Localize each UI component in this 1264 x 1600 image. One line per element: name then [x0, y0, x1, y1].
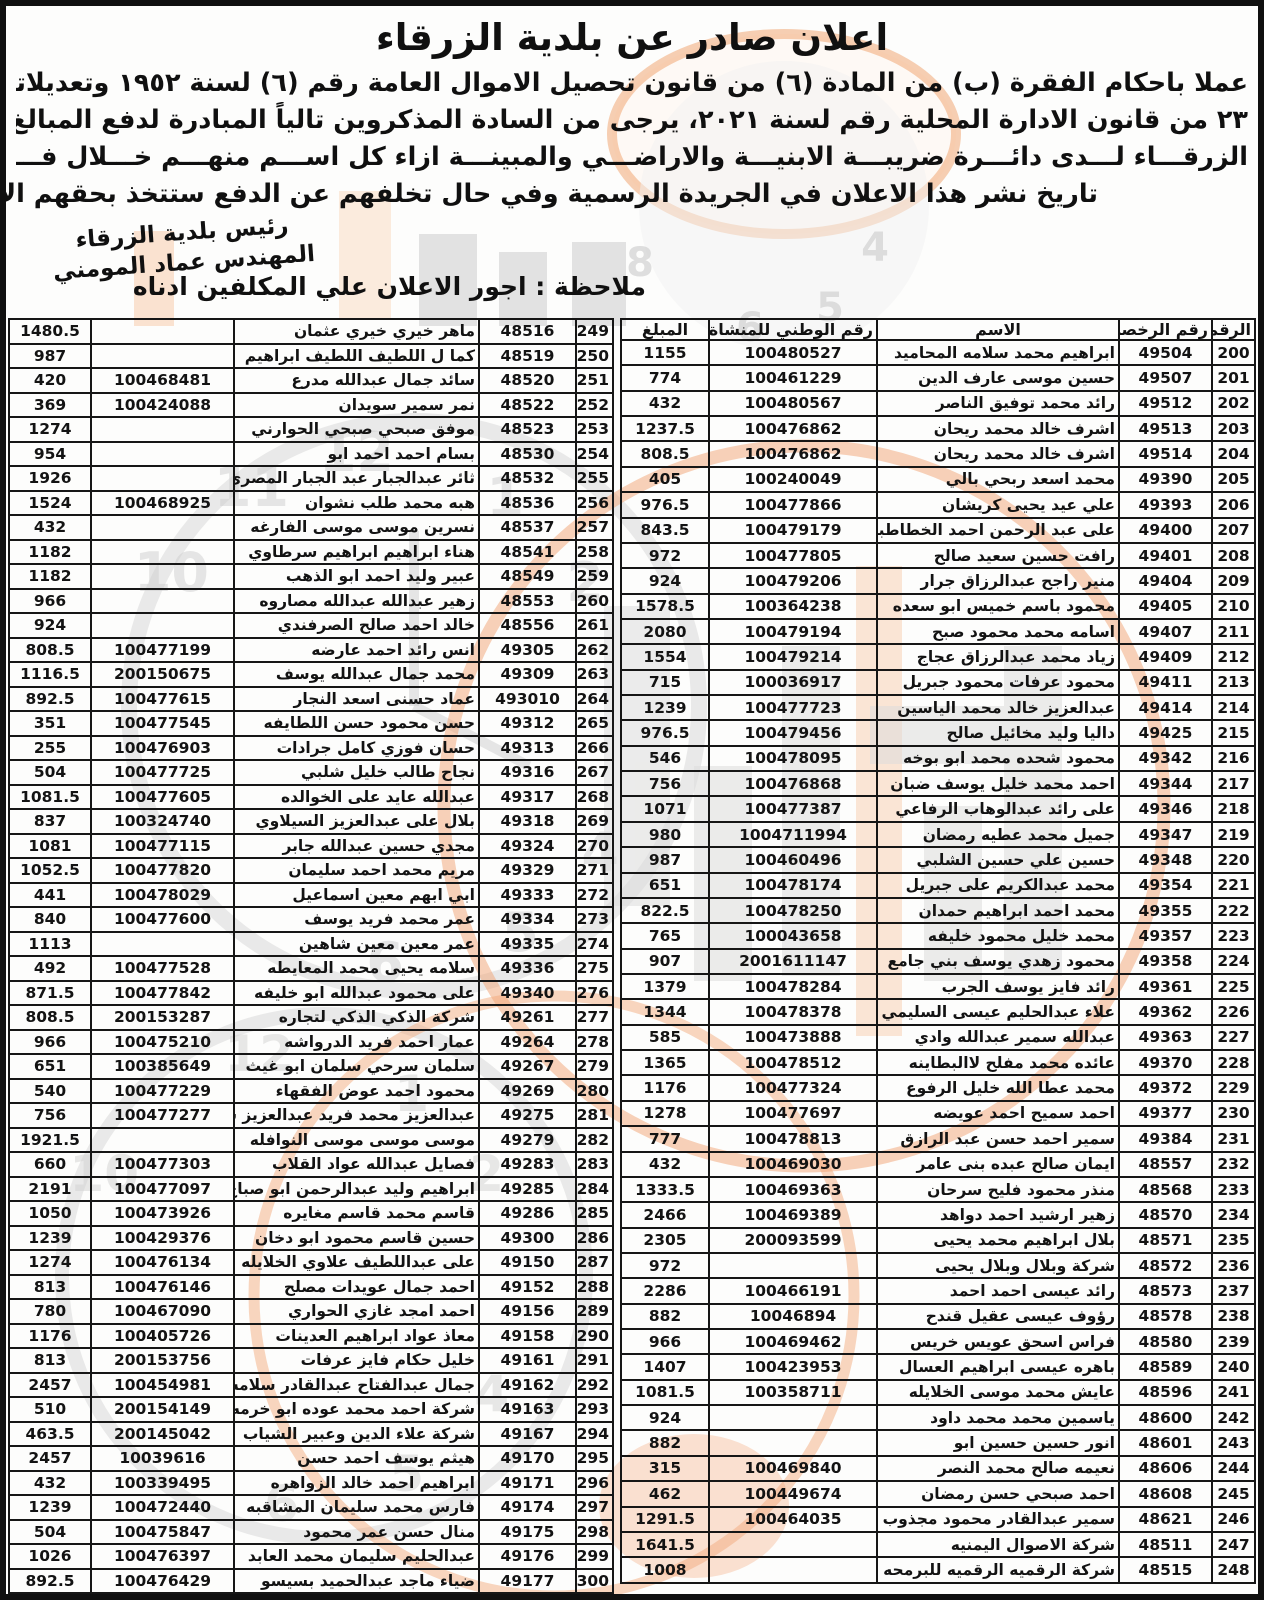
row-number: 270: [576, 834, 613, 859]
taxpayer-name: داليا وليد مخائيل صالح: [877, 720, 1119, 745]
national-facility-number: [91, 613, 234, 638]
row-number: 242: [1212, 1405, 1255, 1430]
amount: 777: [621, 1126, 709, 1151]
row-number: 207: [1212, 518, 1255, 543]
row-number: 229: [1212, 1075, 1255, 1100]
row-number: 272: [576, 883, 613, 908]
amount: 1116.5: [9, 662, 91, 687]
taxpayer-name: عايش محمد موسى الخلايله: [877, 1380, 1119, 1405]
row-number: 290: [576, 1324, 613, 1349]
taxpayer-name: مريم محمد احمد سليمان: [234, 858, 479, 883]
paragraph-line-2: ٢٣ من قانون الادارة المحلية رقم لسنة ٢٠٢…: [16, 102, 1248, 139]
license-number: 49286: [479, 1201, 576, 1226]
table-row: 21749344احمد محمد خليل يوسف ضبان10047686…: [621, 771, 1255, 796]
table-row: 25748537نسرين موسى موسى الفارغه432: [9, 515, 613, 540]
license-number: 49261: [479, 1005, 576, 1030]
license-number: 49150: [479, 1250, 576, 1275]
taxpayer-name: حسين علي حسين الشلبي: [877, 847, 1119, 872]
table-row: 26749316نجاح طالب خليل شلبي100477725504: [9, 760, 613, 785]
amount: 822.5: [621, 898, 709, 923]
table-row: 29549170هيثم يوسف احمد حسن100396162457: [9, 1446, 613, 1471]
table-row: 20249512رائد محمد توفيق الناصر1004805674…: [621, 391, 1255, 416]
license-number: 49313: [479, 736, 576, 761]
national-facility-number: 200093599: [709, 1228, 877, 1253]
row-number: 273: [576, 907, 613, 932]
taxpayer-name: سمير احمد حسن عبد الرازق: [877, 1126, 1119, 1151]
row-number: 253: [576, 417, 613, 442]
amount: 462: [621, 1481, 709, 1506]
license-number: 49411: [1119, 670, 1212, 695]
taxpayer-name: حسن محمود حسن اللطايفه: [234, 711, 479, 736]
national-facility-number: [91, 417, 234, 442]
national-facility-number: 100478250: [709, 898, 877, 923]
national-facility-number: 100464035: [709, 1507, 877, 1532]
table-row: 21949347جميل محمد عطيه رمضان100471199498…: [621, 822, 1255, 847]
taxpayer-name: قاسم محمد قاسم مغايره: [234, 1201, 479, 1226]
national-facility-number: 100405726: [91, 1324, 234, 1349]
national-facility-number: 100472440: [91, 1495, 234, 1520]
license-number: 49405: [1119, 594, 1212, 619]
taxpayer-name: عبدالحليم سليمان محمد العابد: [234, 1544, 479, 1569]
amount: 1554: [621, 644, 709, 669]
taxpayer-name: ابراهيم وليد عبدالرحمن ابو صباح: [234, 1177, 479, 1202]
amount: 1176: [9, 1324, 91, 1349]
license-number: 49335: [479, 932, 576, 957]
taxpayer-name: فارس محمد سليمان المشاقبه: [234, 1495, 479, 1520]
table-row: 24648621سمير عبدالقادر محمود مجذوب100464…: [621, 1507, 1255, 1532]
license-number: 48511: [1119, 1532, 1212, 1557]
right-table-header-row: الرقم رقم الرخصه الاسم رقم الوطني للمنشا…: [621, 319, 1255, 340]
national-facility-number: 100477277: [91, 1103, 234, 1128]
amount: 546: [621, 746, 709, 771]
license-number: 49361: [1119, 974, 1212, 999]
national-facility-number: 200150675: [91, 662, 234, 687]
table-row: 25548532ثائر عبدالجبار عبد الجبار المصري…: [9, 466, 613, 491]
row-number: 289: [576, 1299, 613, 1324]
row-number: 254: [576, 442, 613, 467]
amount: 1113: [9, 932, 91, 957]
table-row: 27449335عمر معين معين شاهين1113: [9, 932, 613, 957]
national-facility-number: [91, 589, 234, 614]
amount: 980: [621, 822, 709, 847]
table-row: 23848578رؤوف عيسى عقيل قندح10046894882: [621, 1304, 1255, 1329]
taxpayer-name: ابراهيم احمد خالد الزواهره: [234, 1471, 479, 1496]
license-number: 49171: [479, 1471, 576, 1496]
amount: 972: [621, 1253, 709, 1278]
national-facility-number: 100476862: [709, 416, 877, 441]
national-facility-number: 100475847: [91, 1520, 234, 1545]
row-number: 243: [1212, 1430, 1255, 1455]
national-facility-number: 100324740: [91, 809, 234, 834]
license-number: 49347: [1119, 822, 1212, 847]
amount: 1237.5: [621, 416, 709, 441]
row-number: 209: [1212, 568, 1255, 593]
row-number: 255: [576, 466, 613, 491]
row-number: 233: [1212, 1177, 1255, 1202]
row-number: 231: [1212, 1126, 1255, 1151]
table-row: 26849317عبدالله عايد على الخوالده1004776…: [9, 785, 613, 810]
table-row: 29349163شركة احمد محمد عوده ابو خرمه2001…: [9, 1397, 613, 1422]
taxpayer-name: ثائر عبدالجبار عبد الجبار المصري: [234, 466, 479, 491]
row-number: 236: [1212, 1253, 1255, 1278]
row-number: 220: [1212, 847, 1255, 872]
amount: 432: [9, 515, 91, 540]
taxpayer-name: شركة الاصوال اليمنيه: [877, 1532, 1119, 1557]
row-number: 218: [1212, 796, 1255, 821]
amount: 765: [621, 923, 709, 948]
amount: 966: [9, 589, 91, 614]
row-number: 237: [1212, 1278, 1255, 1303]
license-number: 49409: [1119, 644, 1212, 669]
taxpayer-name: محمود زهدي يوسف بني جامع: [877, 949, 1119, 974]
row-number: 271: [576, 858, 613, 883]
row-number: 263: [576, 662, 613, 687]
license-number: 49404: [1119, 568, 1212, 593]
row-number: 278: [576, 1030, 613, 1055]
national-facility-number: [91, 1128, 234, 1153]
row-number: 247: [1212, 1532, 1255, 1557]
amount: 1921.5: [9, 1128, 91, 1153]
taxpayer-name: انور حسين حسين ابو: [877, 1430, 1119, 1455]
row-number: 219: [1212, 822, 1255, 847]
license-number: 48570: [1119, 1202, 1212, 1227]
row-number: 258: [576, 540, 613, 565]
amount: 843.5: [621, 518, 709, 543]
amount: 2080: [621, 619, 709, 644]
license-number: 49163: [479, 1397, 576, 1422]
taxpayer-name: منال حسن عمر محمود: [234, 1520, 479, 1545]
taxpayer-name: عبدالله عايد على الخوالده: [234, 785, 479, 810]
license-number: 49414: [1119, 695, 1212, 720]
row-number: 293: [576, 1397, 613, 1422]
amount: 540: [9, 1079, 91, 1104]
table-row: 22949372محمد عطا الله خليل الرفوع1004773…: [621, 1075, 1255, 1100]
taxpayer-name: علاء عبدالحليم عيسى السليمي: [877, 999, 1119, 1024]
license-number: 49162: [479, 1373, 576, 1398]
license-number: 48596: [1119, 1380, 1212, 1405]
table-row: 23448570زهير ارشيد احمد دواهد10046938924…: [621, 1202, 1255, 1227]
table-row: 21249409زياد محمد عبدالرزاق عجاج10047921…: [621, 644, 1255, 669]
table-row: 24248600ياسمين محمد محمد داود924: [621, 1405, 1255, 1430]
row-number: 205: [1212, 467, 1255, 492]
table-row: 22349357محمد خليل محمود خليفه10004365876…: [621, 923, 1255, 948]
taxpayer-name: خليل حكام فايز عرفات: [234, 1348, 479, 1373]
row-number: 297: [576, 1495, 613, 1520]
license-number: 49309: [479, 662, 576, 687]
national-facility-number: 100477229: [91, 1079, 234, 1104]
amount: 954: [9, 442, 91, 467]
row-number: 213: [1212, 670, 1255, 695]
taxpayer-name: بسام احمد احمد ابو: [234, 442, 479, 467]
row-number: 285: [576, 1201, 613, 1226]
taxpayer-name: محمود عرفات محمود جبريل: [877, 670, 1119, 695]
taxpayer-name: سمير عبدالقادر محمود مجذوب: [877, 1507, 1119, 1532]
table-row: 29649171ابراهيم احمد خالد الزواهره100339…: [9, 1471, 613, 1496]
national-facility-number: [709, 1557, 877, 1583]
table-row: 28449285ابراهيم وليد عبدالرحمن ابو صباح1…: [9, 1177, 613, 1202]
amount: 1274: [9, 417, 91, 442]
national-facility-number: [91, 932, 234, 957]
amount: 351: [9, 711, 91, 736]
national-facility-number: [91, 515, 234, 540]
national-facility-number: 100476868: [709, 771, 877, 796]
taxpayer-name: حسين موسى عارف الدين: [877, 365, 1119, 390]
taxpayer-name: شركة علاء الدين وعبير الشياب: [234, 1422, 479, 1447]
table-row: 25248522نمر سمير سويدان100424088369: [9, 393, 613, 418]
row-number: 295: [576, 1446, 613, 1471]
taxpayer-name: مجدي حسين عبدالله جابر: [234, 834, 479, 859]
license-number: 48572: [1119, 1253, 1212, 1278]
amount: 813: [9, 1348, 91, 1373]
amount: 1008: [621, 1557, 709, 1583]
taxpayer-name: هبه محمد طلب نشوان: [234, 491, 479, 516]
table-row: 22549361رائد فايز يوسف الجرب100478284137…: [621, 974, 1255, 999]
taxpayer-name: اشرف خالد محمد ريحان: [877, 441, 1119, 466]
license-number: 49507: [1119, 365, 1212, 390]
national-facility-number: 100477842: [91, 981, 234, 1006]
row-number: 210: [1212, 594, 1255, 619]
taxpayer-name: احمد محمد خليل يوسف ضبان: [877, 771, 1119, 796]
row-number: 286: [576, 1226, 613, 1251]
national-facility-number: 100479214: [709, 644, 877, 669]
table-row: 26949318بلال على عبدالعزيز السيلاوي10032…: [9, 809, 613, 834]
table-row: 28149275عبدالعزيز محمد فريد عبدالعزيز سل…: [9, 1103, 613, 1128]
table-row: 22249355محمد احمد ابراهيم حمدان100478250…: [621, 898, 1255, 923]
license-number: 49279: [479, 1128, 576, 1153]
national-facility-number: 100479206: [709, 568, 877, 593]
table-row: 22449358محمود زهدي يوسف بني جامع20016111…: [621, 949, 1255, 974]
amount: 441: [9, 883, 91, 908]
national-facility-number: [91, 344, 234, 369]
national-facility-number: 100460496: [709, 847, 877, 872]
amount: 2305: [621, 1228, 709, 1253]
row-number: 203: [1212, 416, 1255, 441]
taxpayer-name: منذر محمود فليح سرحان: [877, 1177, 1119, 1202]
license-number: 49269: [479, 1079, 576, 1104]
table-row: 28849152احمد جمال عويدات مصلح10047614681…: [9, 1275, 613, 1300]
amount: 715: [621, 670, 709, 695]
table-row: 25948549عبير وليد احمد ابو الذهب1182: [9, 564, 613, 589]
amount: 315: [621, 1456, 709, 1481]
license-number: 49340: [479, 981, 576, 1006]
amount: 504: [9, 1520, 91, 1545]
amount: 504: [9, 760, 91, 785]
amount: 1524: [9, 491, 91, 516]
row-number: 204: [1212, 441, 1255, 466]
license-number: 49348: [1119, 847, 1212, 872]
license-number: 48520: [479, 368, 576, 393]
row-number: 246: [1212, 1507, 1255, 1532]
license-number: 49275: [479, 1103, 576, 1128]
amount: 924: [621, 1405, 709, 1430]
taxpayer-name: منير راجح عبدالرزاق جرار: [877, 568, 1119, 593]
amount: 2457: [9, 1373, 91, 1398]
taxpayer-name: خالد احمد صالح الصرفندي: [234, 613, 479, 638]
license-number: 49357: [1119, 923, 1212, 948]
taxpayer-name: على محمود عبدالله ابو خليفه: [234, 981, 479, 1006]
amount: 972: [621, 543, 709, 568]
table-row: 29149161خليل حكام فايز عرفات200153756813: [9, 1348, 613, 1373]
table-row: 23049377احمد سميح احمد عويضه100477697127…: [621, 1101, 1255, 1126]
national-facility-number: 100454981: [91, 1373, 234, 1398]
taxpayer-name: محمد عبدالكريم على جبريل: [877, 873, 1119, 898]
row-number: 226: [1212, 999, 1255, 1024]
row-number: 240: [1212, 1354, 1255, 1379]
announcement-body: عملا باحكام الفقرة (ب) من المادة (٦) من …: [6, 59, 1258, 213]
taxpayer-name: على عبداللطيف علاوي الخلايله: [234, 1250, 479, 1275]
amount: 1365: [621, 1050, 709, 1075]
national-facility-number: 100477805: [709, 543, 877, 568]
amount: 808.5: [621, 441, 709, 466]
national-facility-number: 100478378: [709, 999, 877, 1024]
national-facility-number: [709, 1430, 877, 1455]
table-row: 20349513اشرف خالد محمد ريحان100476862123…: [621, 416, 1255, 441]
amount: 1278: [621, 1101, 709, 1126]
taxpayer-name: ماهر خيري خيري عثمان: [234, 319, 479, 344]
license-number: 49300: [479, 1226, 576, 1251]
row-number: 274: [576, 932, 613, 957]
license-number: 48530: [479, 442, 576, 467]
license-number: 48571: [1119, 1228, 1212, 1253]
row-number: 216: [1212, 746, 1255, 771]
taxpayer-name: زياد محمد عبدالرزاق عجاج: [877, 644, 1119, 669]
row-number: 296: [576, 1471, 613, 1496]
announcement-page: 84 56 1011 121 24 56: [0, 0, 1264, 1600]
national-facility-number: 10039616: [91, 1446, 234, 1471]
table-row: 28649300حسين قاسم محمود ابو دخان10042937…: [9, 1226, 613, 1251]
national-facility-number: 100478512: [709, 1050, 877, 1075]
national-facility-number: [91, 540, 234, 565]
license-number: 48536: [479, 491, 576, 516]
table-row: 23648572شركة وبلال وبلال يحيى972: [621, 1253, 1255, 1278]
national-facility-number: 100479179: [709, 518, 877, 543]
table-row: 27749261شركة الذكي الذكي لتجاره200153287…: [9, 1005, 613, 1030]
national-facility-number: [91, 442, 234, 467]
national-facility-number: [91, 319, 234, 344]
header-amount: المبلغ: [621, 319, 709, 340]
row-number: 230: [1212, 1101, 1255, 1126]
table-row: 28549286قاسم محمد قاسم مغايره10047392610…: [9, 1201, 613, 1226]
license-number: 49170: [479, 1446, 576, 1471]
taxpayer-name: عماد حسنى اسعد النجار: [234, 687, 479, 712]
taxpayer-name: عائده محمد مفلح لاالبطاينه: [877, 1050, 1119, 1075]
amount: 2457: [9, 1446, 91, 1471]
row-number: 212: [1212, 644, 1255, 669]
amount: 756: [621, 771, 709, 796]
row-number: 211: [1212, 619, 1255, 644]
table-row: 26048553زهير عبدالله عبدالله مصاروه966: [9, 589, 613, 614]
row-number: 224: [1212, 949, 1255, 974]
taxpayer-name: عمر محمد فريد يوسف: [234, 907, 479, 932]
row-number: 232: [1212, 1152, 1255, 1177]
amount: 1379: [621, 974, 709, 999]
table-row: 20849401رافت حسين سعيد صالح100477805972: [621, 543, 1255, 568]
amount: 660: [9, 1152, 91, 1177]
national-facility-number: 100477723: [709, 695, 877, 720]
table-row: 25048519كما ل اللطيف اللطيف ابراهيم987: [9, 344, 613, 369]
national-facility-number: 100429376: [91, 1226, 234, 1251]
amount: 420: [9, 368, 91, 393]
national-facility-number: 100424088: [91, 393, 234, 418]
amount: 1239: [9, 1226, 91, 1251]
table-row: 28949156احمد امجد غازي الحواري1004670907…: [9, 1299, 613, 1324]
license-number: 49175: [479, 1520, 576, 1545]
table-row: 26649313حسان فوزي كامل جرادات10047690325…: [9, 736, 613, 761]
license-number: 48516: [479, 319, 576, 344]
amount: 976.5: [621, 492, 709, 517]
row-number: 235: [1212, 1228, 1255, 1253]
national-facility-number: 100469840: [709, 1456, 877, 1481]
row-number: 249: [576, 319, 613, 344]
row-number: 214: [1212, 695, 1255, 720]
national-facility-number: [91, 564, 234, 589]
row-number: 280: [576, 1079, 613, 1104]
taxpayer-name: ضياء ماجد عبدالحميد بسيسو: [234, 1569, 479, 1594]
amount: 1182: [9, 564, 91, 589]
amount: 813: [9, 1275, 91, 1300]
taxpayer-name: محمد خليل محمود خليفه: [877, 923, 1119, 948]
table-row: 24948516ماهر خيري خيري عثمان1480.5: [9, 319, 613, 344]
table-row: 20749400على عبد الرحمن احمد الخطاطبه1004…: [621, 518, 1255, 543]
amount: 756: [9, 1103, 91, 1128]
license-number: 49407: [1119, 619, 1212, 644]
amount: 1480.5: [9, 319, 91, 344]
amount: 1050: [9, 1201, 91, 1226]
license-number: 48537: [479, 515, 576, 540]
national-facility-number: 2001611147: [709, 949, 877, 974]
table-row: 29949176عبدالحليم سليمان محمد العابد1004…: [9, 1544, 613, 1569]
national-facility-number: 100477725: [91, 760, 234, 785]
taxpayer-name: ياسمين محمد محمد داود: [877, 1405, 1119, 1430]
license-number: 48621: [1119, 1507, 1212, 1532]
amount: 987: [9, 344, 91, 369]
table-row: 22149354محمد عبدالكريم على جبريل10047817…: [621, 873, 1255, 898]
row-number: 201: [1212, 365, 1255, 390]
row-number: 264: [576, 687, 613, 712]
amount: 1291.5: [621, 1507, 709, 1532]
table-row: 20549390محمد اسعد ربحي بالي100240049405: [621, 467, 1255, 492]
row-number: 234: [1212, 1202, 1255, 1227]
row-number: 221: [1212, 873, 1255, 898]
license-number: 48557: [1119, 1152, 1212, 1177]
amount: 1239: [9, 1495, 91, 1520]
amount: 1333.5: [621, 1177, 709, 1202]
license-number: 49156: [479, 1299, 576, 1324]
license-number: 49513: [1119, 416, 1212, 441]
row-number: 228: [1212, 1050, 1255, 1075]
table-row: 22749363عبدالله سمير عبدالله وادي1004738…: [621, 1025, 1255, 1050]
license-number: 49336: [479, 956, 576, 981]
national-facility-number: 10046894: [709, 1304, 877, 1329]
national-facility-number: 100364238: [709, 594, 877, 619]
license-number: 48522: [479, 393, 576, 418]
taxpayer-name: انس رائد احمد عارضه: [234, 638, 479, 663]
table-row: 29249162جمال عبدالفتاح عبدالقادر سلامه10…: [9, 1373, 613, 1398]
taxpayer-name: علي عيد يحيى كريشان: [877, 492, 1119, 517]
row-number: 277: [576, 1005, 613, 1030]
taxpayer-name: شركة الرقميه الرقميه للبرمحه: [877, 1557, 1119, 1583]
table-row: 26148556خالد احمد صالح الصرفندي924: [9, 613, 613, 638]
national-facility-number: 100477545: [91, 711, 234, 736]
national-facility-number: 100036917: [709, 670, 877, 695]
national-facility-number: 100469363: [709, 1177, 877, 1202]
taxpayer-name: رائد عيسى احمد احمد: [877, 1278, 1119, 1303]
table-row: 21149407اسامه محمد محمود صبح100479194208…: [621, 619, 1255, 644]
license-number: 48600: [1119, 1405, 1212, 1430]
national-facility-number: [91, 466, 234, 491]
license-number: 49152: [479, 1275, 576, 1300]
table-row: 27249333ابي ابهم معين اسماعيل10047802944…: [9, 883, 613, 908]
